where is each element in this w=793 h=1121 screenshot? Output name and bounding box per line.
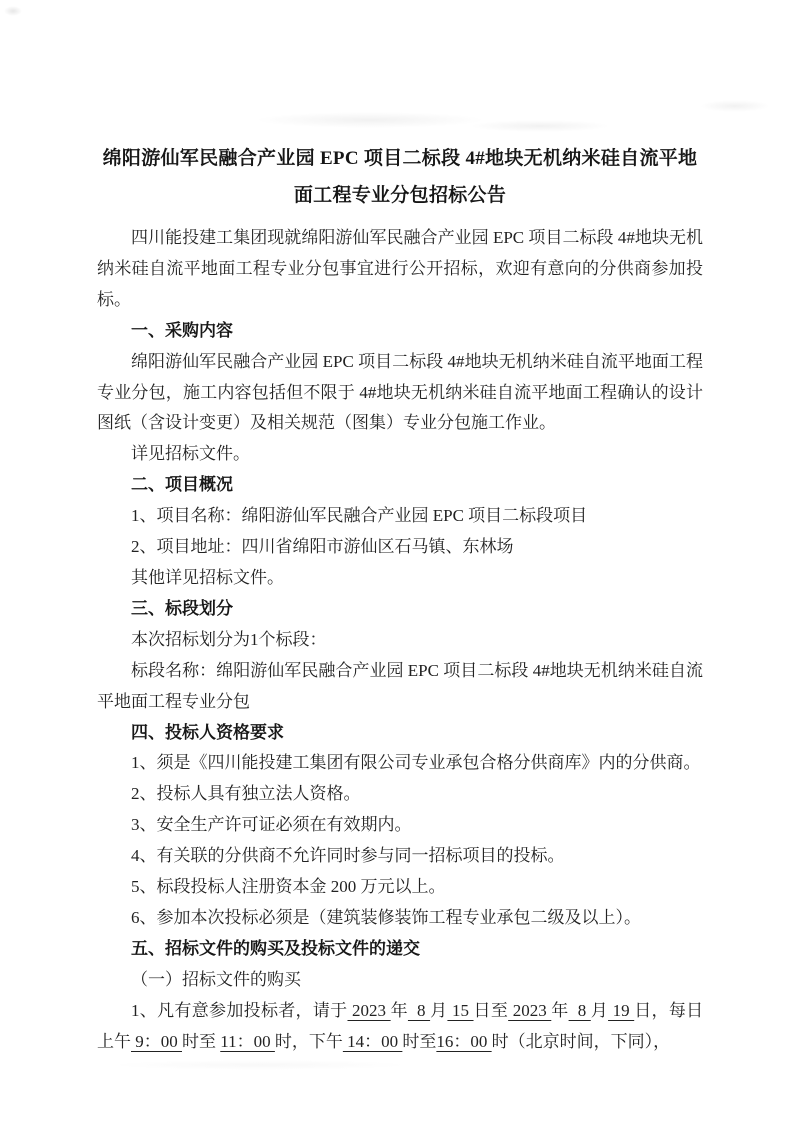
text-run: 月 bbox=[591, 1001, 608, 1020]
underlined-blank: 2023 bbox=[347, 1001, 390, 1020]
paragraph: 6、参加本次投标必须是（建筑装修装饰工程专业承包二级及以上）。 bbox=[97, 903, 703, 934]
paragraph: 3、安全生产许可证必须在有效期内。 bbox=[97, 810, 703, 841]
paragraph: 1、凡有意参加投标者，请于 2023 年 8 月 15 日至 2023 年 8 … bbox=[97, 996, 703, 1058]
underlined-blank: 15 bbox=[447, 1001, 473, 1020]
text-run: 月 bbox=[430, 1001, 447, 1020]
underlined-blank: 19 bbox=[608, 1001, 634, 1020]
text-run: 时（北京时间，下同）， bbox=[492, 1032, 671, 1051]
paragraph: （一）招标文件的购买 bbox=[97, 965, 703, 996]
text-run: 时，下午 bbox=[275, 1032, 343, 1051]
document-page: 绵阳游仙军民融合产业园 EPC 项目二标段 4#地块无机纳米硅自流平地面工程专业… bbox=[0, 0, 793, 1121]
paragraph: 本次招标划分为1个标段： bbox=[97, 625, 703, 656]
paragraph: 四川能投建工集团现就绵阳游仙军民融合产业园 EPC 项目二标段 4#地块无机纳米… bbox=[97, 223, 703, 316]
paragraph: 其他详见招标文件。 bbox=[97, 563, 703, 594]
paragraph: 绵阳游仙军民融合产业园 EPC 项目二标段 4#地块无机纳米硅自流平地面工程专业… bbox=[97, 347, 703, 440]
paragraph: 1、须是《四川能投建工集团有限公司专业承包合格分供商库》内的分供商。 bbox=[97, 748, 703, 779]
paragraph: 详见招标文件。 bbox=[97, 439, 703, 470]
paragraph: 2、项目地址：四川省绵阳市游仙区石马镇、东林场 bbox=[97, 532, 703, 563]
section-heading: 三、标段划分 bbox=[97, 594, 703, 625]
paragraph: 2、投标人具有独立法人资格。 bbox=[97, 779, 703, 810]
paragraph: 1、项目名称：绵阳游仙军民融合产业园 EPC 项目二标段项目 bbox=[97, 501, 703, 532]
scan-noise bbox=[4, 6, 22, 16]
underlined-blank: 16：00 bbox=[436, 1032, 491, 1051]
scan-noise bbox=[110, 1060, 410, 1070]
document-content: 绵阳游仙军民融合产业园 EPC 项目二标段 4#地块无机纳米硅自流平地面工程专业… bbox=[97, 140, 703, 1057]
section-heading: 四、投标人资格要求 bbox=[97, 718, 703, 749]
document-body: 四川能投建工集团现就绵阳游仙军民融合产业园 EPC 项目二标段 4#地块无机纳米… bbox=[97, 223, 703, 1057]
paragraph: 标段名称：绵阳游仙军民融合产业园 EPC 项目二标段 4#地块无机纳米硅自流平地… bbox=[97, 656, 703, 718]
text-run: 时至 bbox=[182, 1032, 220, 1051]
document-title: 绵阳游仙军民融合产业园 EPC 项目二标段 4#地块无机纳米硅自流平地面工程专业… bbox=[97, 140, 703, 214]
underlined-blank: 11：00 bbox=[220, 1032, 275, 1051]
text-run: 时至 bbox=[402, 1032, 436, 1051]
paragraph: 5、标段投标人注册资本金 200 万元以上。 bbox=[97, 872, 703, 903]
underlined-blank: 14：00 bbox=[343, 1032, 403, 1051]
section-heading: 一、采购内容 bbox=[97, 316, 703, 347]
section-heading: 五、招标文件的购买及投标文件的递交 bbox=[97, 934, 703, 965]
underlined-blank: 2023 bbox=[508, 1001, 551, 1020]
text-run: 年 bbox=[391, 1001, 408, 1020]
section-heading: 二、项目概况 bbox=[97, 470, 703, 501]
underlined-blank: 9：00 bbox=[131, 1032, 182, 1051]
underlined-blank: 8 bbox=[408, 1001, 430, 1020]
scan-noise bbox=[470, 120, 610, 132]
text-run: 日至 bbox=[474, 1001, 509, 1020]
scan-noise bbox=[255, 112, 485, 128]
paragraph: 4、有关联的分供商不允许同时参与同一招标项目的投标。 bbox=[97, 841, 703, 872]
underlined-blank: 8 bbox=[569, 1001, 591, 1020]
scan-noise bbox=[700, 100, 770, 112]
text-run: 年 bbox=[551, 1001, 568, 1020]
text-run: 1、凡有意参加投标者，请于 bbox=[131, 1001, 347, 1020]
